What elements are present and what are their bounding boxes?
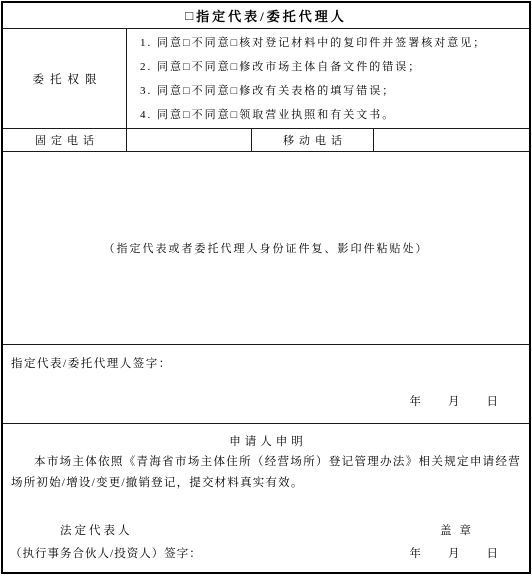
mobile-phone-label: 移动电话: [252, 129, 374, 151]
agent-signature-row: 指定代表/委托代理人签字： 年月日: [3, 345, 529, 424]
authority-row: 委托权限 1. 同意□不同意□核对登记材料中的复印件并签署核对意见； 2. 同意…: [3, 29, 529, 129]
legal-rep-label: 法定代表人: [60, 522, 133, 538]
form-title: 指定代表/委托代理人: [196, 6, 347, 25]
fixed-phone-value-cell[interactable]: [127, 129, 252, 151]
declaration-row: 申请人申明 本市场主体依照《青海省市场主体住所（经营场所）登记管理办法》相关规定…: [3, 424, 529, 572]
id-paste-placeholder: （指定代表或者委托代理人身份证件复、影印件粘贴处）: [104, 240, 429, 256]
authority-label: 委托权限: [3, 29, 127, 128]
declaration-date: 年月日: [410, 545, 499, 561]
date-year-label: 年: [410, 396, 422, 408]
legal-rep-sign-label: （执行事务合伙人/投资人）签字：: [10, 545, 202, 561]
authority-item: 4. 同意□不同意□领取营业执照和有关文书。: [140, 103, 529, 127]
date-year-label: 年: [410, 548, 422, 560]
form-page: □指定代表/委托代理人 委托权限 1. 同意□不同意□核对登记材料中的复印件并签…: [0, 0, 532, 576]
phones-row: 固定电话 移动电话: [3, 129, 529, 152]
date-month-label: 月: [448, 548, 460, 560]
date-month-label: 月: [448, 396, 460, 408]
form-table: □指定代表/委托代理人 委托权限 1. 同意□不同意□核对登记材料中的复印件并签…: [1, 1, 531, 574]
authority-items: 1. 同意□不同意□核对登记材料中的复印件并签署核对意见； 2. 同意□不同意□…: [127, 29, 529, 128]
agent-signature-label: 指定代表/委托代理人签字：: [11, 355, 172, 371]
form-title-row: □指定代表/委托代理人: [3, 3, 529, 29]
mobile-phone-value-cell[interactable]: [374, 129, 529, 151]
seal-label: 盖章: [440, 522, 479, 538]
id-paste-area: （指定代表或者委托代理人身份证件复、影印件粘贴处）: [3, 152, 529, 345]
date-day-label: 日: [487, 396, 499, 408]
declaration-body: 本市场主体依照《青海省市场主体住所（经营场所）登记管理办法》相关规定申请经营场所…: [11, 452, 521, 494]
authority-item: 3. 同意□不同意□修改有关表格的填写错误；: [140, 79, 529, 103]
agent-signature-date: 年月日: [410, 393, 499, 409]
fixed-phone-label: 固定电话: [3, 129, 127, 151]
title-checkbox-icon: □: [185, 8, 196, 24]
authority-item: 2. 同意□不同意□修改市场主体自备文件的错误；: [140, 55, 529, 79]
declaration-heading: 申请人申明: [3, 424, 529, 449]
authority-item: 1. 同意□不同意□核对登记材料中的复印件并签署核对意见；: [140, 31, 529, 55]
date-day-label: 日: [487, 548, 499, 560]
